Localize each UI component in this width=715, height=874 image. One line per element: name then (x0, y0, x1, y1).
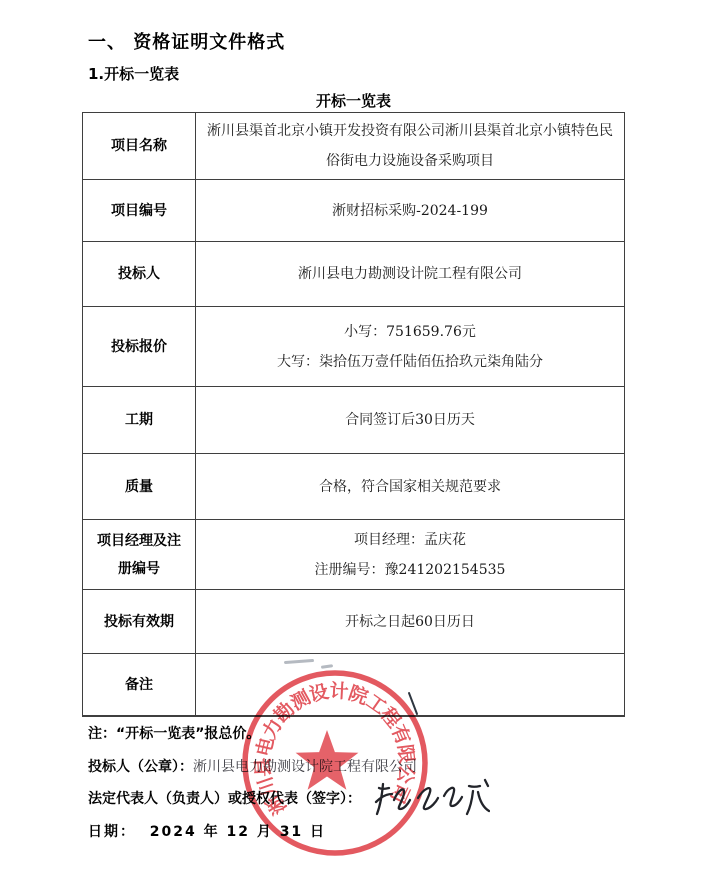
footer-representative-line: 法定代表人（负责人）或授权代表（签字）： (88, 789, 361, 809)
table-row-bid-price: 投标报价 小写：751659.76元 大写：柒拾伍万壹仟陆佰伍拾玖元柒角陆分 (83, 306, 624, 386)
footer-bidder-line: 投标人（公章）：淅川县电力勘测设计院工程有限公司 (88, 757, 417, 777)
bidder-seal-label: 投标人（公章）： (88, 759, 193, 775)
row-value: 合格，符合国家相关规范要求 (196, 454, 624, 519)
footer-date-line: 日期： 2024 年 12 月 31 日 (88, 822, 326, 842)
handwritten-signature (372, 776, 490, 824)
row-label: 投标人 (83, 242, 196, 306)
row-label: 项目名称 (83, 113, 196, 179)
row-value: 合同签订后30日历天 (196, 387, 624, 453)
row-label: 项目经理及注册编号 (83, 520, 196, 589)
section-heading: 一、 资格证明文件格式 (88, 28, 285, 54)
duration-text: 合同签订后30日历天 (345, 405, 475, 435)
row-value: 淅川县渠首北京小镇开发投资有限公司淅川县渠首北京小镇特色民俗街电力设施设备采购项… (196, 113, 624, 179)
table-row-quality: 质量 合格，符合国家相关规范要求 (83, 453, 624, 519)
project-number-text: 淅财招标采购-2024-199 (332, 196, 488, 226)
bid-validity-text: 开标之日起60日历日 (345, 607, 475, 637)
table-row-project-manager: 项目经理及注册编号 项目经理：孟庆花 注册编号：豫241202154535 (83, 519, 624, 589)
table-row-remarks: 备注 (83, 653, 624, 715)
table-row-duration: 工期 合同签订后30日历天 (83, 386, 624, 453)
row-label: 工期 (83, 387, 196, 453)
row-value: 项目经理：孟庆花 注册编号：豫241202154535 (196, 520, 624, 589)
table-caption: 开标一览表 (82, 90, 625, 111)
row-value: 淅川县电力勘测设计院工程有限公司 (196, 242, 624, 306)
quality-text: 合格，符合国家相关规范要求 (319, 472, 501, 502)
bid-opening-table: 项目名称 淅川县渠首北京小镇开发投资有限公司淅川县渠首北京小镇特色民俗街电力设施… (82, 112, 625, 717)
table-row-project-name: 项目名称 淅川县渠首北京小镇开发投资有限公司淅川县渠首北京小镇特色民俗街电力设施… (83, 113, 624, 179)
registration-number-text: 注册编号：豫241202154535 (315, 555, 506, 585)
row-value: 小写：751659.76元 大写：柒拾伍万壹仟陆佰伍拾玖元柒角陆分 (196, 307, 624, 386)
project-name-text: 淅川县渠首北京小镇开发投资有限公司淅川县渠首北京小镇特色民俗街电力设施设备采购项… (206, 116, 614, 176)
row-label: 质量 (83, 454, 196, 519)
row-label: 投标报价 (83, 307, 196, 386)
table-row-bidder: 投标人 淅川县电力勘测设计院工程有限公司 (83, 241, 624, 306)
row-value: 开标之日起60日历日 (196, 590, 624, 653)
project-manager-text: 项目经理：孟庆花 (354, 525, 466, 555)
footer-note: 注：“开标一览表”报总价。 (88, 724, 260, 744)
row-value: 淅财招标采购-2024-199 (196, 180, 624, 241)
table-row-bid-validity: 投标有效期 开标之日起60日历日 (83, 589, 624, 653)
bid-price-lowercase: 小写：751659.76元 (344, 317, 476, 347)
bid-price-uppercase: 大写：柒拾伍万壹仟陆佰伍拾玖元柒角陆分 (277, 347, 543, 377)
row-label: 项目编号 (83, 180, 196, 241)
bidder-company-name: 淅川县电力勘测设计院工程有限公司 (193, 759, 417, 775)
sub-heading: 1.开标一览表 (88, 63, 179, 84)
bidder-text: 淅川县电力勘测设计院工程有限公司 (298, 259, 522, 289)
row-label: 投标有效期 (83, 590, 196, 653)
document-page: 一、 资格证明文件格式 1.开标一览表 开标一览表 项目名称 淅川县渠首北京小镇… (0, 0, 715, 874)
table-row-project-number: 项目编号 淅财招标采购-2024-199 (83, 179, 624, 241)
row-label: 备注 (83, 654, 196, 715)
remark-pen-mark (405, 691, 421, 717)
